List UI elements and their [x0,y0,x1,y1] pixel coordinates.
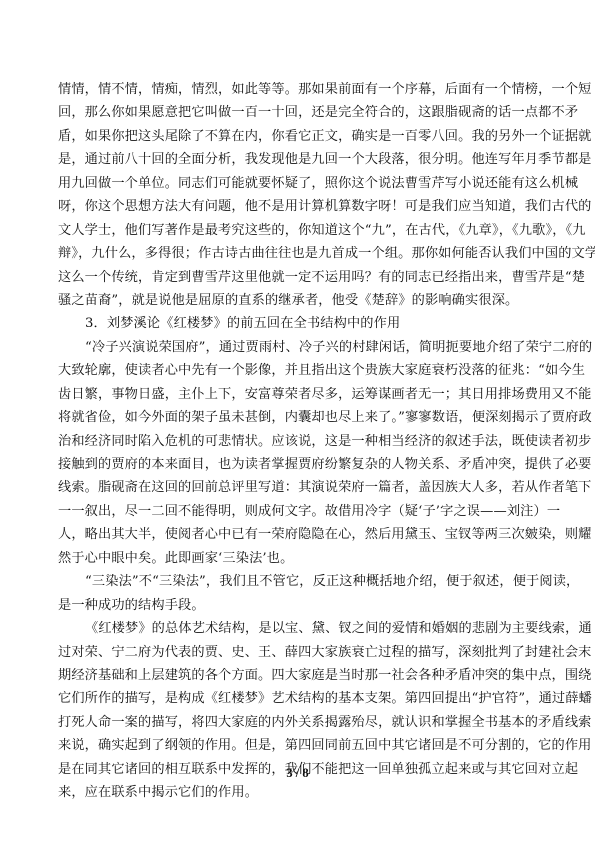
text-line: 骚之苗裔”，就是说他是屈原的直系的继承者，他受《楚辞》的影响确实很深。 [58,289,540,312]
text-line: 然于心中眼中矣。此即画家‘三染法’也。 [58,547,540,570]
text-line: 一一叙出，尽一二回不能得明，则成何文字。故借用冷字（疑‘子’字之误——刘注）一 [58,500,540,523]
text-line: “冷子兴演说荣国府”，通过贾雨村、冷子兴的村肆闲话，简明扼要地介绍了荣宁二府的 [58,336,540,359]
text-line: 来，应在联系中揭示它们的作用。 [58,781,540,804]
paragraph-3: “三染法”不“三染法”，我们且不管它，反正这种概括地介绍，便于叙述，便于阅读， … [58,570,540,617]
paragraph-2: “冷子兴演说荣国府”，通过贾雨村、冷子兴的村肆闲话，简明扼要地介绍了荣宁二府的 … [58,336,540,570]
text-line: 大致轮廓，使读者心中先有一个影像，并且指出这个贵族大家庭衰朽没落的征兆：“如今生 [58,359,540,382]
text-line: 期经济基础和上层建筑的各个方面。四大家庭是当时那一社会各种矛盾冲突的集中点，围绕 [58,664,540,687]
text-line: 齿日繁，事物日盛，主仆上下，安富尊荣者尽多，运筹谋画者无一；其日用排场费用又不能 [58,383,540,406]
text-line: 呀，你这个思想方法大有问题，他不是用计算机算数字呀！可是我们应当知道，我们古代的 [58,195,540,218]
document-body: 情情，情不情，情痴，情烈，如此等等。那如果前面有一个序幕，后面有一个情榜，一个短… [58,78,540,805]
text-line: 《红楼梦》的总体艺术结构，是以宝、黛、钗之间的爱情和婚姻的悲剧为主要线索，通 [58,617,540,640]
document-page: 情情，情不情，情痴，情烈，如此等等。那如果前面有一个序幕，后面有一个情榜，一个短… [0,0,595,841]
text-line: 将就省俭，如今外面的架子虽未甚倒，内囊却也尽上来了。”寥寥数语，便深刻揭示了贾府… [58,406,540,429]
text-line: 文人学士，他们写著作是最考究这些的，你知道这个“九”，在古代，《九章》，《九歌》… [58,219,540,242]
text-line: 它们所作的描写，是构成《红楼梦》艺术结构的基本支架。第四回提出“护官符”，通过薛… [58,687,540,710]
text-line: 打死人命一案的描写，将四大家庭的内外关系揭露殆尽，就认识和掌握全书基本的矛盾线索 [58,711,540,734]
text-line: 是一种成功的结构手段。 [58,594,540,617]
text-line: 用九回做一个单位。同志们可能就要怀疑了，照你这个说法曹雪芹写小说还能有这么机械 [58,172,540,195]
text-line: 来说，确实起到了纲领的作用。但是，第四回同前五回中其它诸回是不可分割的，它的作用 [58,734,540,757]
text-line: 人，略出其大半，使阅者心中已有一荣府隐隐在心，然后用黛玉、宝钗等两三次皴染，则耀 [58,523,540,546]
text-line: 是，通过前八十回的全面分析，我发现他是九回一个大段落，很分明。他连写年月季节都是 [58,148,540,171]
text-line: 情情，情不情，情痴，情烈，如此等等。那如果前面有一个序幕，后面有一个情榜，一个短 [58,78,540,101]
text-line: 线索。脂砚斋在这回的回前总评里写道：其演说荣府一篇者，盖因族大人多，若从作者笔下 [58,476,540,499]
text-line: 辩》，九什么，多得很；作古诗古曲往往也是九首成一个组。那你如何能否认我们中国的文… [58,242,540,265]
paragraph-1: 情情，情不情，情痴，情烈，如此等等。那如果前面有一个序幕，后面有一个情榜，一个短… [58,78,540,312]
text-line: “三染法”不“三染法”，我们且不管它，反正这种概括地介绍，便于叙述，便于阅读， [58,570,540,593]
text-line: 接触到的贾府的本来面目，也为读者掌握贾府纷繁复杂的人物关系、矛盾冲突，提供了必要 [58,453,540,476]
text-line: 这么一个传统，肯定到曹雪芹这里他就一定不运用吗？有的同志已经指出来，曹雪芹是“楚 [58,266,540,289]
text-line: 过对荣、宁二府为代表的贾、史、王、薛四大家族衰亡过程的描写，深刻批判了封建社会末 [58,641,540,664]
text-line: 盾，如果你把这头尾除了不算在内，你看它正文，确实是一百零八回。我的另外一个证据就 [58,125,540,148]
text-line: 治和经济同时陷入危机的可悲情状。应该说，这是一种相当经济的叙述手法，既使读者初步 [58,430,540,453]
page-number: 3 / 8 [0,766,595,781]
text-line: 回，那么你如果愿意把它叫做一百一十回，还是完全符合的，这跟脂砚斋的话一点都不矛 [58,101,540,124]
section-heading: 3．刘梦溪论《红楼梦》的前五回在全书结构中的作用 [58,312,540,335]
